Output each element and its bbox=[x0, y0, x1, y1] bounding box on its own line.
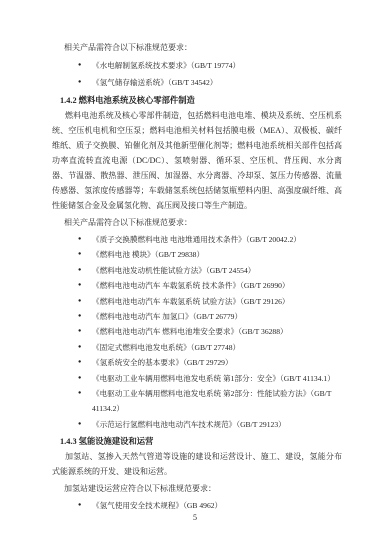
page-content: 相关产品需符合以下标准规范要求： ●《水电解制氢系统技术要求》（GB/T 197… bbox=[52, 40, 342, 514]
standard-item: ●《示范运行氢燃料电池电动汽车技术规范》（GB/T 29123） bbox=[52, 417, 342, 432]
page-number: 5 bbox=[0, 510, 390, 525]
standard-item: ●《质子交换膜燃料电池 电池堆通用技术条件》（GB/T 20042.2） bbox=[52, 232, 342, 247]
intro-line: 加氢站建设运营应符合以下标准规范要求： bbox=[52, 481, 342, 496]
standard-text: 《氢气储存输送系统》（GB/T 34542） bbox=[92, 78, 217, 87]
standard-item: ●《燃料电池电动汽车 车载氢系统 试验方法》（GB/T 29126） bbox=[52, 294, 342, 309]
standard-item: ●《固定式燃料电池发电系统》（GB/T 27748） bbox=[52, 340, 342, 355]
standard-text: 《质子交换膜燃料电池 电池堆通用技术条件》（GB/T 20042.2） bbox=[92, 235, 301, 244]
bullet-icon: ● bbox=[78, 371, 81, 386]
bullet-icon: ● bbox=[78, 57, 81, 74]
bullet-icon: ● bbox=[78, 247, 81, 262]
bullet-icon: ● bbox=[78, 263, 81, 278]
standard-item: ●《燃料电池电动汽车 加氢口》（GB/T 26779） bbox=[52, 309, 342, 324]
bullet-icon: ● bbox=[78, 386, 81, 401]
standard-text: 《燃料电池电动汽车 加氢口》（GB/T 26779） bbox=[92, 312, 242, 321]
standards-list-142: ●《质子交换膜燃料电池 电池堆通用技术条件》（GB/T 20042.2） ●《燃… bbox=[52, 232, 342, 432]
bullet-icon: ● bbox=[78, 232, 81, 247]
standard-text: 《燃料电池发动机性能试验方法》（GB/T 24554） bbox=[92, 266, 255, 275]
bullet-icon: ● bbox=[78, 324, 81, 339]
standard-text: 《电驱动工业车辆用燃料电池发电系统 第1部分：安全》（GB/T 41134.1） bbox=[92, 374, 335, 383]
standard-item: ●《燃料电池 模块》（GB/T 29838） bbox=[52, 247, 342, 262]
standard-text: 《固定式燃料电池发电系统》（GB/T 27748） bbox=[92, 343, 240, 352]
standard-item: ●《电驱动工业车辆用燃料电池发电系统 第1部分：安全》（GB/T 41134.1… bbox=[52, 371, 342, 386]
bullet-icon: ● bbox=[78, 309, 81, 324]
standard-item: ●《电驱动工业车辆用燃料电池发电系统 第2部分：性能试验方法》（GB/T 411… bbox=[52, 386, 342, 417]
standard-text: 《燃料电池电动汽车 车载氢系统 技术条件》（GB/T 26990） bbox=[92, 281, 290, 290]
standard-text: 《燃料电池 模块》（GB/T 29838） bbox=[92, 250, 204, 259]
bullet-icon: ● bbox=[78, 355, 81, 370]
document-page: 相关产品需符合以下标准规范要求： ●《水电解制氢系统技术要求》（GB/T 197… bbox=[0, 0, 390, 551]
intro-line: 相关产品需符合以下标准规范要求： bbox=[52, 40, 342, 55]
section-heading-142: 1.4.2 燃料电池系统及核心零部件制造 bbox=[52, 94, 342, 108]
standard-text: 《示范运行氢燃料电池电动汽车技术规范》（GB/T 29123） bbox=[92, 420, 286, 429]
standard-item: ●《氢系统安全的基本要求》（GB/T 29729） bbox=[52, 355, 342, 370]
standard-text: 《氢系统安全的基本要求》（GB/T 29729） bbox=[92, 358, 233, 367]
standard-text: 《电驱动工业车辆用燃料电池发电系统 第2部分：性能试验方法》（GB/T 4113… bbox=[92, 389, 331, 413]
section-heading-143: 1.4.3 氢能设施建设和运营 bbox=[52, 435, 342, 449]
standard-item: ●《氢气储存输送系统》（GB/T 34542） bbox=[52, 74, 342, 91]
bullet-icon: ● bbox=[78, 417, 81, 432]
bullet-icon: ● bbox=[78, 278, 81, 293]
standard-text: 《燃料电池电动汽车 车载氢系统 试验方法》（GB/T 29126） bbox=[92, 297, 290, 306]
standards-list-top: ●《水电解制氢系统技术要求》（GB/T 19774） ●《氢气储存输送系统》（G… bbox=[52, 57, 342, 91]
bullet-icon: ● bbox=[78, 294, 81, 309]
body-paragraph-143: 加氢站、氢掺入天然气管道等设施的建设和运营设计、施工、建设，氢能分布式能源系统的… bbox=[52, 449, 342, 479]
standard-item: ●《燃料电池发动机性能试验方法》（GB/T 24554） bbox=[52, 263, 342, 278]
standard-text: 《氢气使用安全技术规程》（GB 4962） bbox=[92, 501, 222, 510]
standard-text: 《水电解制氢系统技术要求》（GB/T 19774） bbox=[92, 61, 240, 70]
standard-item: ●《燃料电池电动汽车 燃料电池堆安全要求》（GB/T 36288） bbox=[52, 324, 342, 339]
intro-line: 相关产品需符合以下标准规范要求： bbox=[52, 215, 342, 230]
standard-item: ●《燃料电池电动汽车 车载氢系统 技术条件》（GB/T 26990） bbox=[52, 278, 342, 293]
standard-text: 《燃料电池电动汽车 燃料电池堆安全要求》（GB/T 36288） bbox=[92, 327, 288, 336]
bullet-icon: ● bbox=[78, 74, 81, 91]
bullet-icon: ● bbox=[78, 340, 81, 355]
standard-item: ●《水电解制氢系统技术要求》（GB/T 19774） bbox=[52, 57, 342, 74]
body-paragraph-142: 燃料电池系统及核心零部件制造，包括燃料电池电堆、模块及系统、空压机系统、空压机电… bbox=[52, 108, 342, 213]
